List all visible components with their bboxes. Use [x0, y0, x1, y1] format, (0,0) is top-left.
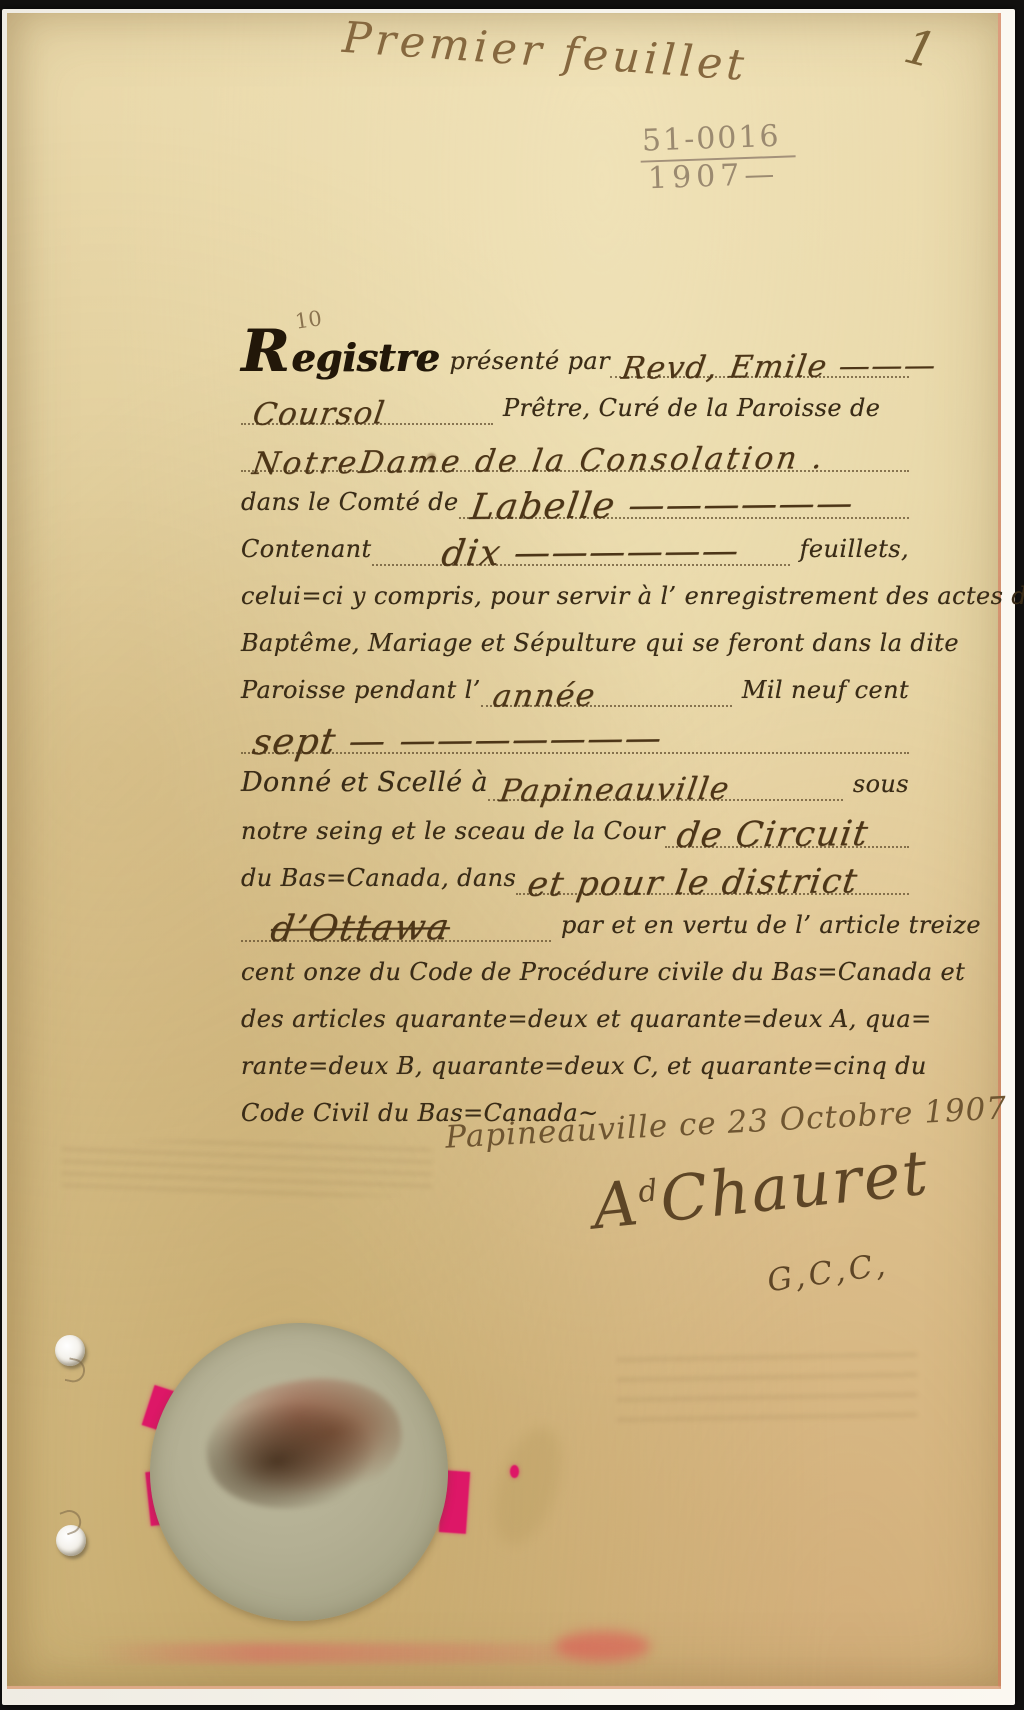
bleed-through-ghost-text [62, 1141, 432, 1196]
form-line-district-2: d’Ottawa par et en vertu de l’ article t… [241, 895, 909, 942]
printed-text: cent onze du Code de Procédure civile du… [241, 958, 965, 989]
fill-line: de Circuit [665, 799, 909, 848]
bleed-through-ghost-text [617, 1343, 917, 1433]
form-line-statute-2: des articles quarante=deux et quarante=d… [241, 989, 909, 1036]
printed-text: sous [853, 770, 909, 801]
form-line-year: Paroisse pendant l’ année Mil neuf cent [241, 660, 909, 707]
register-page: Premier feuillet 1 51-0016 1907— 10 Regi… [7, 13, 1001, 1689]
printed-text: des articles quarante=deux et quarante=d… [241, 1005, 932, 1036]
form-line-district-1: du Bas=Canada, dans et pour le district [241, 848, 909, 895]
printed-text: Donné et Scellé à [241, 767, 488, 801]
fill-line: d’Ottawa [241, 893, 551, 942]
ribbon-speck [510, 1465, 519, 1478]
printed-text: Paroisse pendant l’ [241, 676, 481, 707]
fill-line: et pour le district [516, 846, 909, 895]
wax-residue [197, 1365, 412, 1523]
printed-text: rante=deux B, quarante=deux C, et quaran… [241, 1052, 927, 1083]
archive-year: 1907— [647, 157, 780, 197]
signature-initial: A [589, 1166, 643, 1243]
pencil-mark [65, 1357, 88, 1384]
registre-ornate-word: Registre [241, 325, 440, 378]
printed-text: présenté par [450, 347, 610, 378]
notarial-wafer-seal [140, 1313, 458, 1631]
beige-smudge-stain [482, 1419, 575, 1553]
fill-line: NotreDame de la Consolation . [241, 423, 909, 472]
printed-text: par et en vertu de l’ article treize [561, 911, 981, 942]
form-line-folio-count: Contenant dix —————— feuillets, [241, 519, 909, 566]
registre-word-rest: egistre [291, 335, 439, 380]
form-line-given-sealed: Donné et Scellé à Papineauville sous [241, 754, 909, 801]
fill-line: sept — ——————— [241, 705, 909, 754]
printed-text: feuillets, [800, 535, 909, 566]
form-line-surname: Coursol Prêtre, Curé de la Paroisse de [241, 378, 909, 425]
form-line-county: dans le Comté de Labelle —————— [241, 472, 909, 519]
form-line-year-written: sept — ——————— [241, 707, 909, 754]
printed-text: Mil neuf cent [742, 676, 909, 707]
page-number: 1 [899, 18, 942, 80]
red-edge-smear [92, 1643, 652, 1663]
printed-text: Baptême, Mariage et Sépulture qui se fer… [241, 629, 959, 660]
clerk-title-initials: G,C,C, [765, 1247, 891, 1300]
header-inscription: Premier feuillet [341, 13, 750, 91]
form-line-presented-by: Registre présenté par Revd, Emile ——— [241, 320, 909, 378]
printed-text: Prêtre, Curé de la Paroisse de [503, 394, 880, 425]
form-line-parish: NotreDame de la Consolation . [241, 425, 909, 472]
printed-text: Contenant [241, 535, 372, 566]
fill-line: Revd, Emile ——— [610, 318, 909, 378]
form-line-statute-1: cent onze du Code de Procédure civile du… [241, 942, 909, 989]
form-line-court: notre seing et le sceau de la Cour de Ci… [241, 801, 909, 848]
register-attestation-form: Registre présenté par Revd, Emile ——— Co… [241, 320, 909, 1130]
form-line-purpose-1: celui=ci y compris, pour servir à l’ enr… [241, 566, 909, 613]
red-edge-smear [555, 1631, 650, 1661]
fill-line: année [481, 658, 732, 707]
fill-line: Coursol [241, 376, 493, 425]
clerk-signature: AdChauret [589, 1136, 932, 1244]
form-line-purpose-2: Baptême, Mariage et Sépulture qui se fer… [241, 613, 909, 660]
signature-surname: Chauret [657, 1136, 933, 1237]
printed-text: du Bas=Canada, dans [241, 864, 516, 895]
form-line-statute-3: rante=deux B, quarante=deux C, et quaran… [241, 1036, 909, 1083]
ornate-initial: R [241, 317, 291, 385]
fill-line: Labelle —————— [459, 470, 909, 519]
printed-text: celui=ci y compris, pour servir à l’ enr… [241, 582, 1024, 613]
fill-line: Papineauville [488, 752, 843, 801]
fill-line: dix —————— [372, 517, 790, 566]
printed-text: notre seing et le sceau de la Cour [241, 817, 665, 848]
printed-text: dans le Comté de [241, 488, 459, 519]
